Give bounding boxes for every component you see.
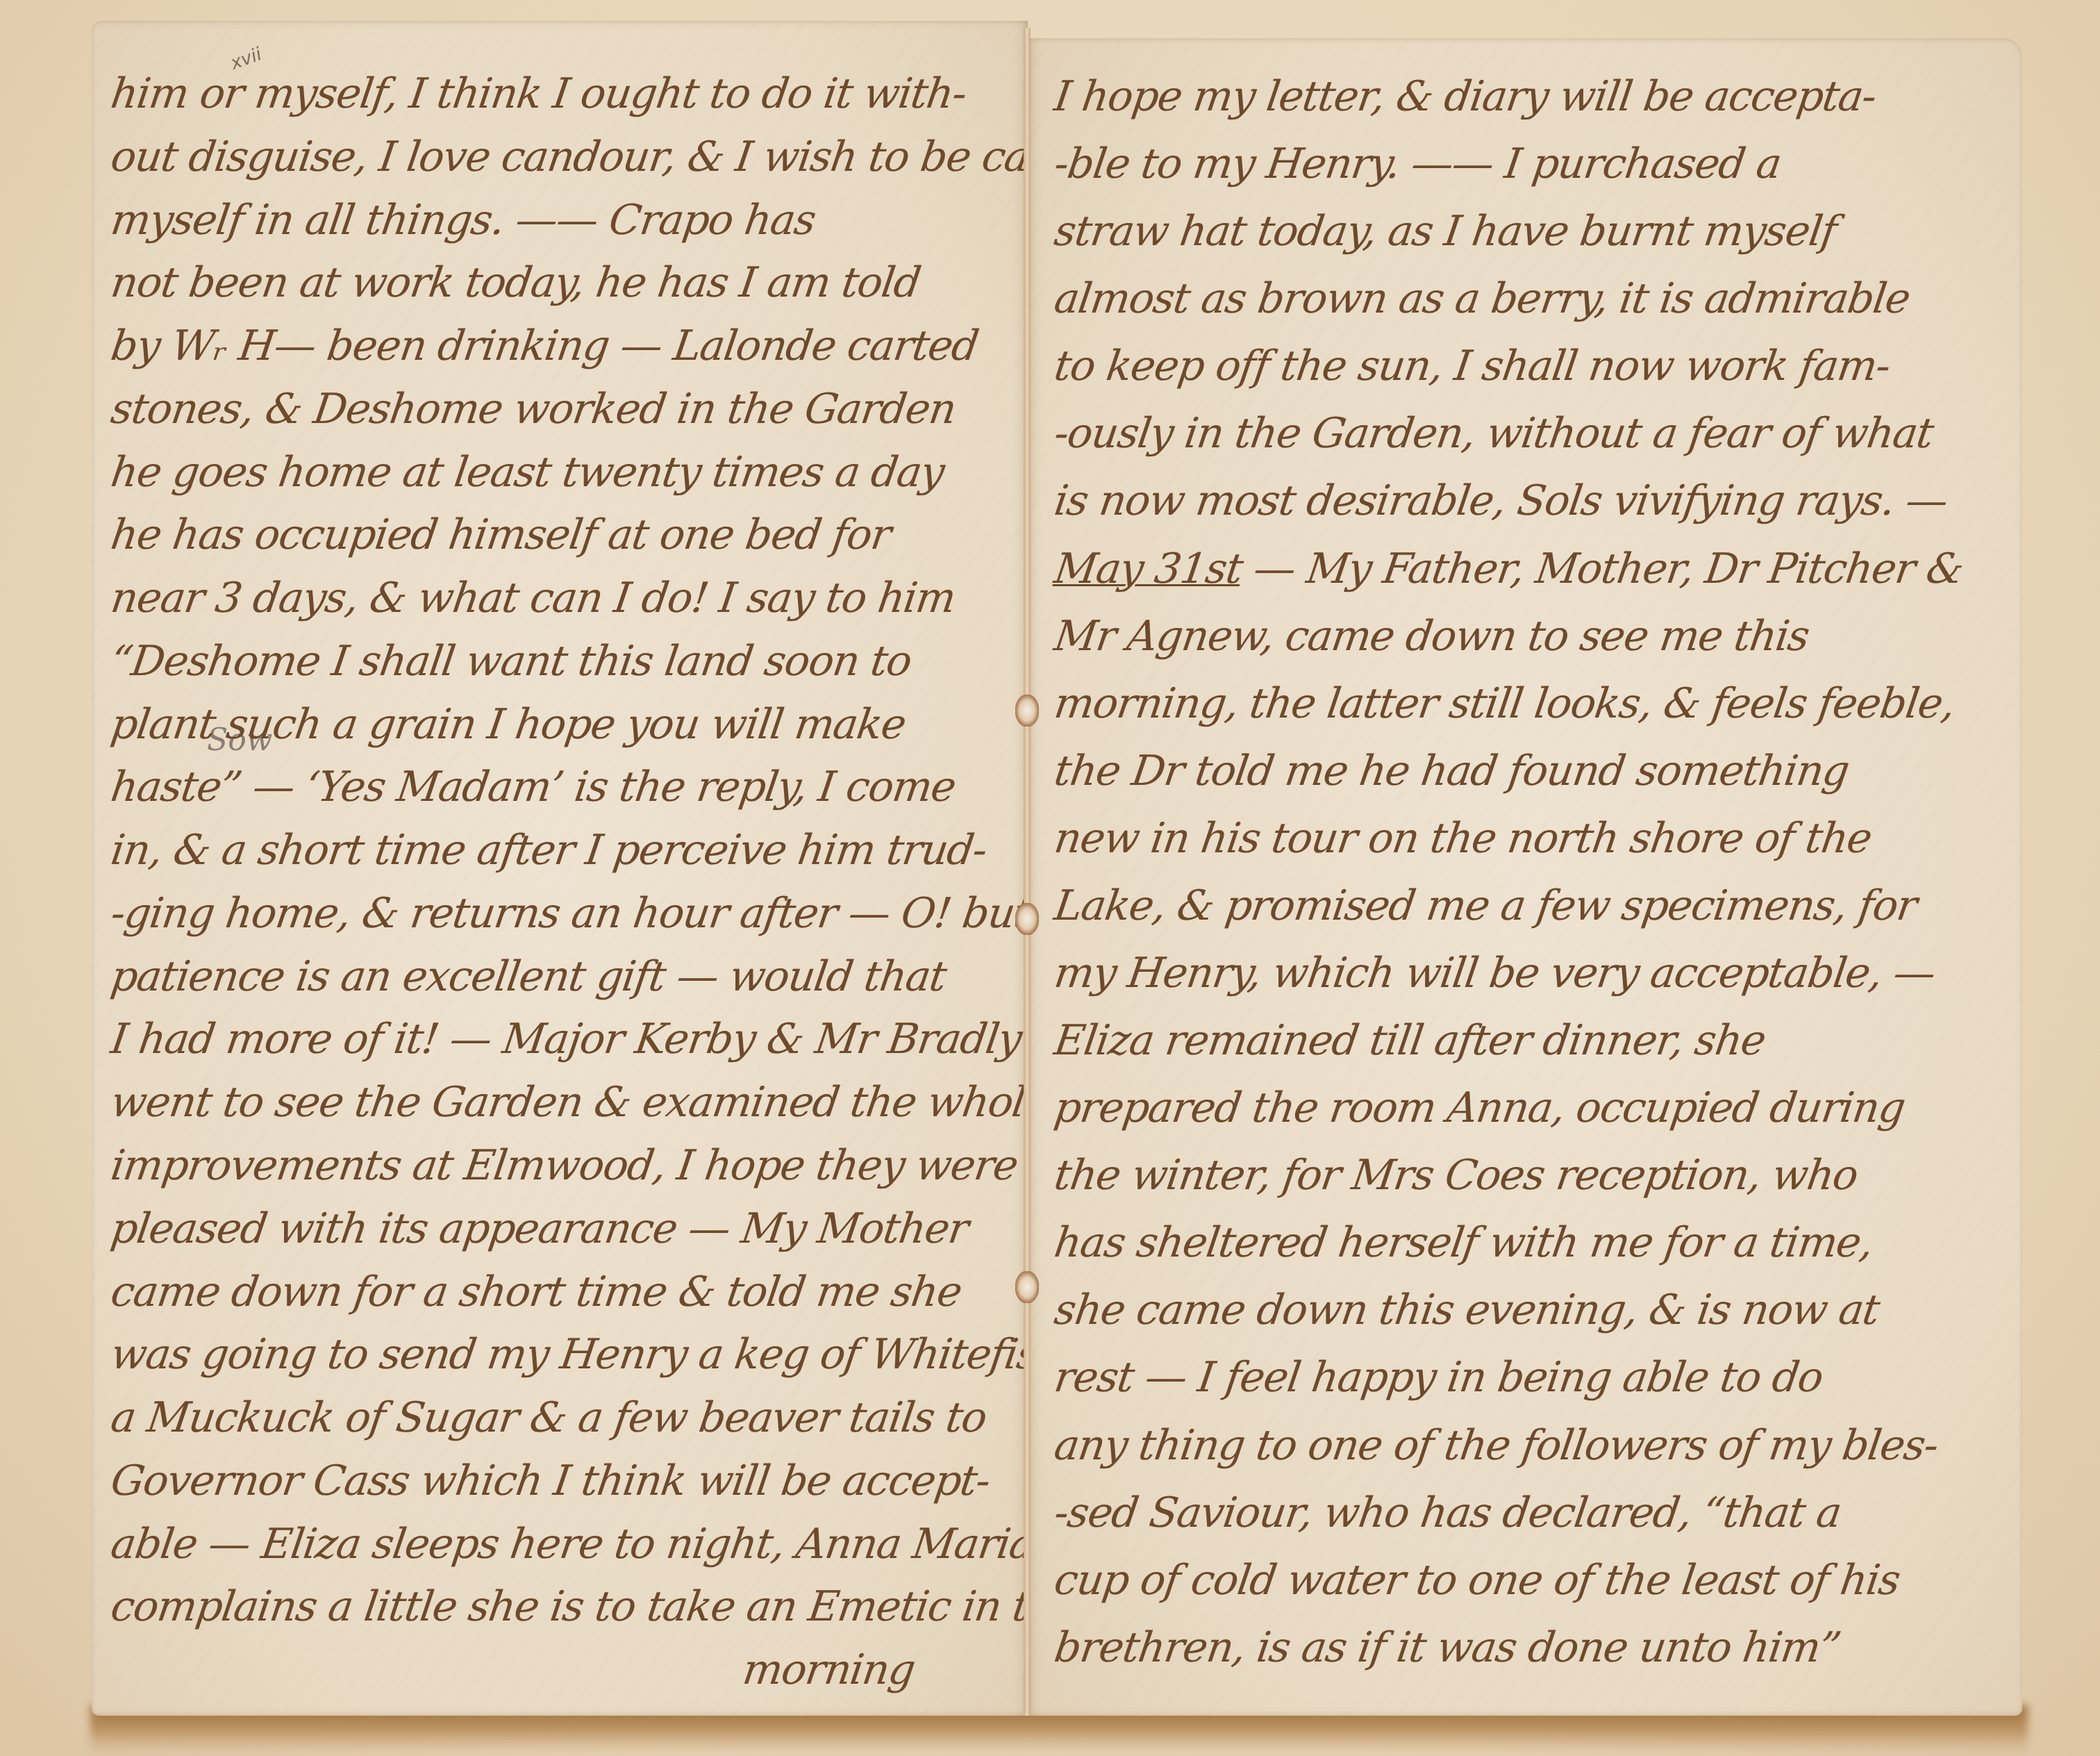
handwritten-line: out disguise, I love candour, & I wish t… bbox=[107, 126, 1002, 189]
right-page-text: I hope my letter, & diary will be accept… bbox=[1050, 63, 1987, 1682]
handwritten-line: straw hat today, as I have burnt myself bbox=[1050, 198, 1997, 265]
handwritten-line: “Deshome I shall want this land soon to bbox=[107, 630, 1002, 693]
handwritten-line: was going to send my Henry a keg of Whit… bbox=[107, 1323, 1002, 1386]
handwritten-line: I hope my letter, & diary will be accept… bbox=[1050, 63, 1997, 131]
handwritten-line: patience is an excellent gift — would th… bbox=[107, 945, 1002, 1009]
entry-date: May 31st bbox=[1051, 545, 1245, 593]
handwritten-line: haste” — ‘Yes Madam’ is the reply, I com… bbox=[107, 756, 1002, 819]
handwritten-line: Governor Cass which I think will be acce… bbox=[107, 1450, 1002, 1513]
handwritten-line: to keep off the sun, I shall now work fa… bbox=[1050, 333, 1997, 400]
handwritten-line: -ble to my Henry. —— I purchased a bbox=[1050, 131, 1997, 198]
handwritten-line: Lake, & promised me a few specimens, for bbox=[1050, 872, 1997, 940]
left-page-text: him or myself, I think I ought to do it … bbox=[107, 63, 993, 1702]
handwritten-line: -sed Saviour, who has declared, “that a bbox=[1050, 1480, 1997, 1547]
handwritten-line: plant such a grain I hope you will make bbox=[107, 693, 1002, 756]
handwritten-line: has sheltered herself with me for a time… bbox=[1050, 1209, 1997, 1277]
handwritten-line: almost as brown as a berry, it is admira… bbox=[1050, 265, 1997, 333]
handwritten-line: morning bbox=[107, 1639, 1002, 1702]
handwritten-line: a Muckuck of Sugar & a few beaver tails … bbox=[107, 1386, 1002, 1450]
handwritten-line: went to see the Garden & examined the wh… bbox=[107, 1071, 1002, 1134]
handwritten-line: the winter, for Mrs Coes reception, who bbox=[1050, 1142, 1997, 1209]
handwritten-line: by Wᵣ H— been drinking — Lalonde carted bbox=[107, 315, 1002, 378]
handwritten-line: improvements at Elmwood, I hope they wer… bbox=[107, 1134, 1002, 1198]
handwritten-line: he goes home at least twenty times a day bbox=[107, 441, 1002, 504]
handwritten-line: came down for a short time & told me she bbox=[107, 1261, 1002, 1324]
handwritten-line: -ging home, & returns an hour after — O!… bbox=[107, 882, 1002, 945]
binding-stitch bbox=[1015, 903, 1039, 935]
right-page: I hope my letter, & diary will be accept… bbox=[1028, 38, 2022, 1716]
left-page: xvii Sow him or myself, I think I ought … bbox=[92, 21, 1028, 1716]
handwritten-line: -ously in the Garden, without a fear of … bbox=[1050, 400, 1997, 467]
handwritten-line: is now most desirable, Sols vivifying ra… bbox=[1050, 467, 1997, 535]
binding-stitch bbox=[1015, 1271, 1039, 1303]
handwritten-line: stones, & Deshome worked in the Garden bbox=[107, 378, 1002, 441]
handwritten-line: pleased with its appearance — My Mother bbox=[107, 1198, 1002, 1261]
handwritten-line: she came down this evening, & is now at bbox=[1050, 1277, 1997, 1344]
handwritten-line: new in his tour on the north shore of th… bbox=[1050, 805, 1997, 872]
handwritten-line: him or myself, I think I ought to do it … bbox=[107, 63, 1002, 126]
handwritten-line: I had more of it! — Major Kerby & Mr Bra… bbox=[107, 1008, 1002, 1071]
handwritten-line: complains a little she is to take an Eme… bbox=[107, 1575, 1002, 1639]
book-gutter bbox=[1024, 28, 1031, 1716]
handwritten-line: near 3 days, & what can I do! I say to h… bbox=[107, 567, 1002, 630]
handwritten-line: any thing to one of the followers of my … bbox=[1050, 1412, 1997, 1480]
handwritten-line: able — Eliza sleeps here to night, Anna … bbox=[107, 1513, 1002, 1576]
handwritten-line: prepared the room Anna, occupied during bbox=[1050, 1075, 1997, 1142]
binding-stitch bbox=[1015, 695, 1039, 727]
handwritten-line: cup of cold water to one of the least of… bbox=[1050, 1547, 1997, 1614]
handwritten-line: morning, the latter still looks, & feels… bbox=[1050, 670, 1997, 738]
handwritten-line: May 31st — My Father, Mother, Dr Pitcher… bbox=[1050, 536, 1997, 603]
handwritten-line: myself in all things. —— Crapo has bbox=[107, 189, 1002, 252]
handwritten-line: brethren, is as if it was done unto him” bbox=[1050, 1614, 1997, 1682]
handwritten-line: he has occupied himself at one bed for bbox=[107, 504, 1002, 567]
handwritten-line: rest — I feel happy in being able to do bbox=[1050, 1344, 1997, 1411]
handwritten-line: not been at work today, he has I am told bbox=[107, 251, 1002, 315]
handwritten-line: in, & a short time after I perceive him … bbox=[107, 819, 1002, 882]
handwritten-line: Mr Agnew, came down to see me this bbox=[1050, 603, 1997, 670]
handwritten-line: the Dr told me he had found something bbox=[1050, 738, 1997, 805]
handwritten-line: Eliza remained till after dinner, she bbox=[1050, 1007, 1997, 1075]
handwritten-line: my Henry, which will be very acceptable,… bbox=[1050, 940, 1997, 1007]
